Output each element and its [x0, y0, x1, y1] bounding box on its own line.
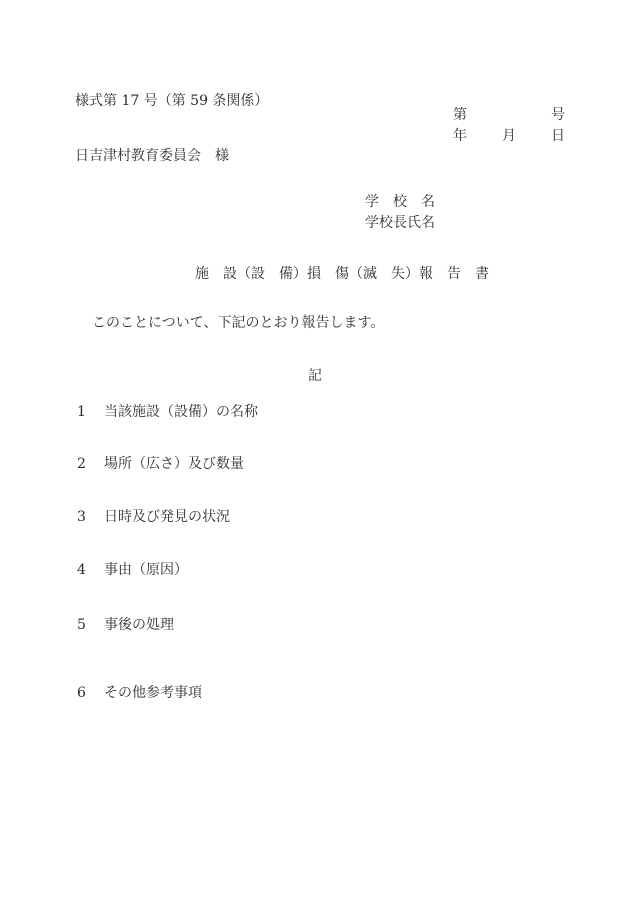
item-label: 場所（広さ）及び数量 [104, 455, 244, 474]
date-day-label: 日 [551, 127, 565, 146]
date-year-label: 年 [453, 127, 467, 146]
item-number: 2 [77, 455, 104, 474]
form-number: 様式第 17 号（第 59 条関係） [75, 92, 268, 111]
item-label: 事由（原因） [104, 561, 188, 580]
document-title: 施 設（設 備）損 傷（滅 失）報 告 書 [195, 265, 489, 284]
document-page: 様式第 17 号（第 59 条関係） 第 号 年 月 日 日吉津村教育委員会 様… [0, 0, 630, 903]
school-name-label: 学 校 名 [365, 193, 435, 212]
list-item: 4 事由（原因） [77, 561, 188, 580]
date-line: 年 月 日 [453, 127, 565, 146]
list-item: 1 当該施設（設備）の名称 [77, 403, 258, 422]
date-month-label: 月 [502, 127, 516, 146]
item-number: 5 [77, 616, 104, 635]
item-label: 日時及び発見の状況 [104, 508, 230, 527]
list-item: 2 場所（広さ）及び数量 [77, 455, 244, 474]
record-marker: 記 [0, 367, 630, 386]
principal-name-label: 学校長氏名 [365, 214, 435, 233]
list-item: 3 日時及び発見の状況 [77, 508, 230, 527]
item-number: 6 [77, 684, 104, 703]
item-number: 4 [77, 561, 104, 580]
item-number: 3 [77, 508, 104, 527]
item-number: 1 [77, 403, 104, 422]
doc-number-line: 第 号 [453, 106, 565, 125]
item-label: 事後の処理 [104, 616, 174, 635]
doc-number-prefix: 第 [453, 106, 467, 125]
intro-sentence: このことについて、下記のとおり報告します。 [92, 314, 384, 333]
list-item: 6 その他参考事項 [77, 684, 202, 703]
doc-number-suffix: 号 [551, 106, 565, 125]
item-label: その他参考事項 [104, 684, 202, 703]
addressee: 日吉津村教育委員会 様 [75, 147, 229, 166]
list-item: 5 事後の処理 [77, 616, 174, 635]
item-label: 当該施設（設備）の名称 [104, 403, 258, 422]
